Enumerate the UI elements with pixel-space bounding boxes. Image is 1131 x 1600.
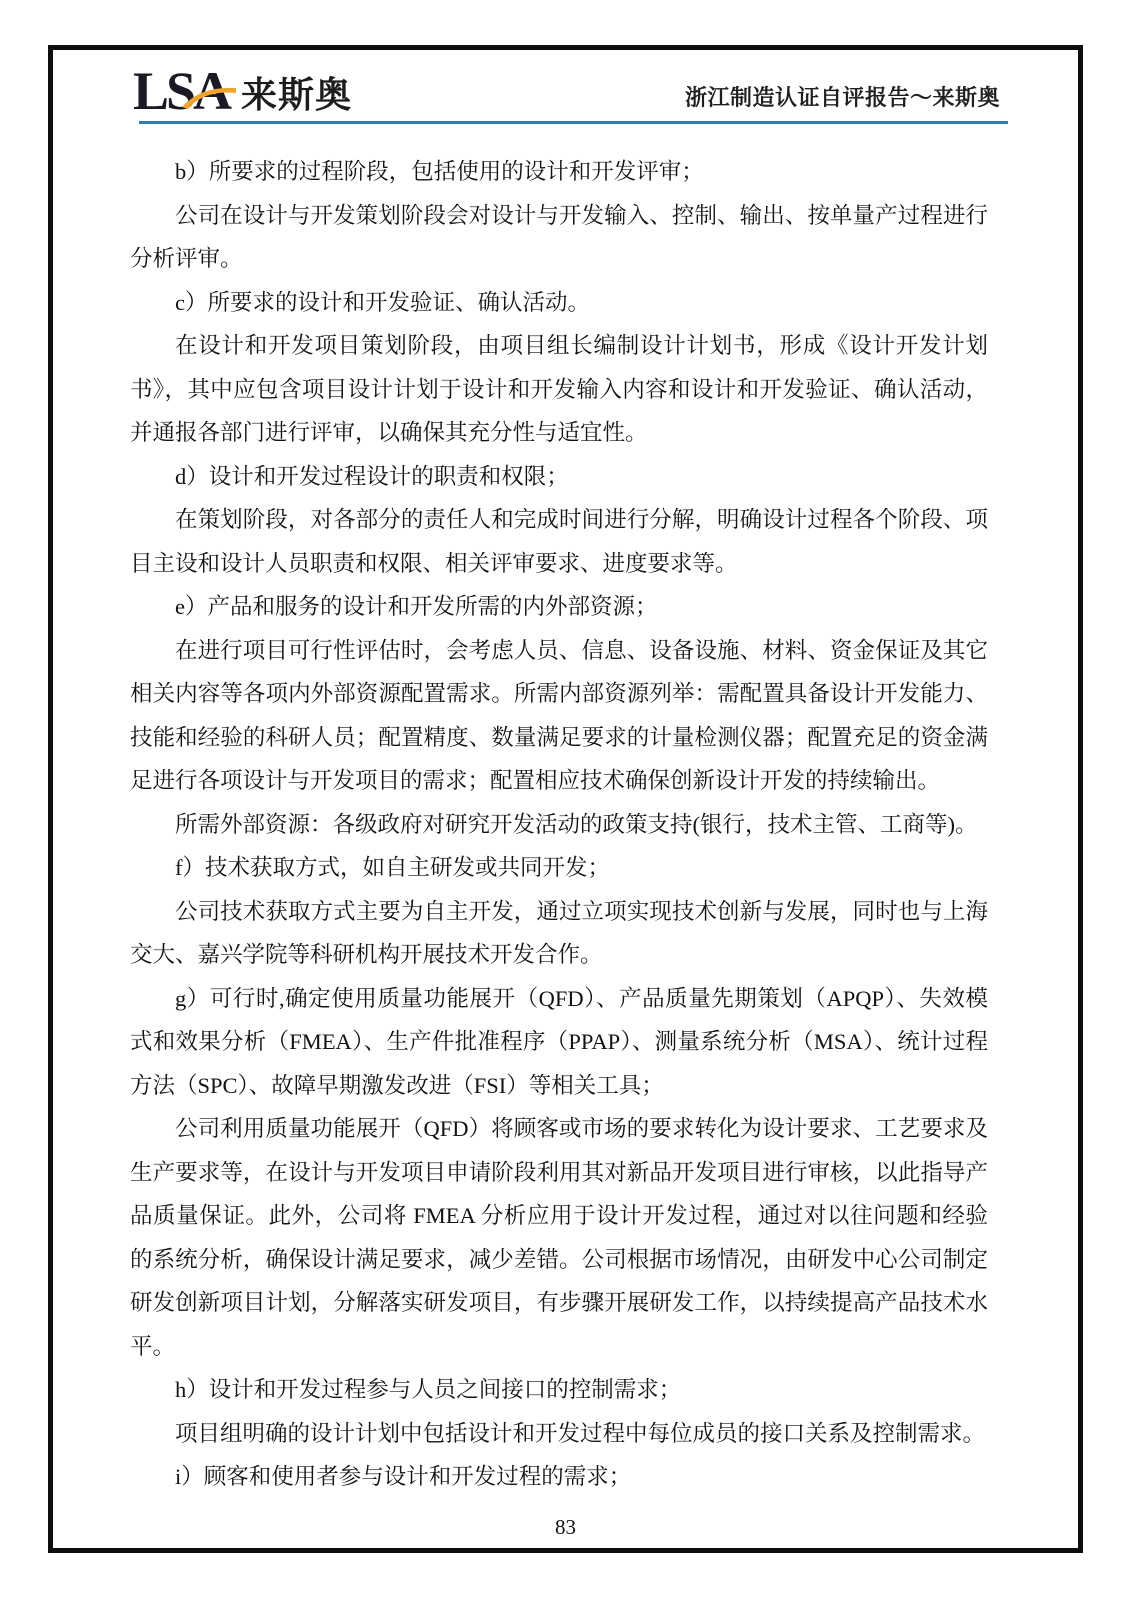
body-paragraph: i）顾客和使用者参与设计和开发过程的需求； [130,1455,988,1499]
logo-lsa-letters: LSA [133,61,229,121]
logo-lsa-text: LSA [133,67,229,116]
page-number: 83 [53,1515,1078,1540]
body-paragraph: 公司在设计与开发策划阶段会对设计与开发输入、控制、输出、按单量产过程进行分析评审… [130,194,988,281]
body-paragraph: 项目组明确的设计计划中包括设计和开发过程中每位成员的接口关系及控制需求。 [130,1412,988,1456]
report-title: 浙江制造认证自评报告～来斯奥 [685,81,1000,116]
body-paragraph: 所需外部资源：各级政府对研究开发活动的政策支持(银行，技术主管、工商等)。 [130,803,988,847]
body-paragraph: d）设计和开发过程设计的职责和权限； [130,455,988,499]
body-paragraph: 在进行项目可行性评估时，会考虑人员、信息、设备设施、材料、资金保证及其它相关内容… [130,629,988,803]
body-paragraph: 在设计和开发项目策划阶段，由项目组长编制设计计划书，形成《设计开发计划书》，其中… [130,324,988,455]
body-paragraph: e）产品和服务的设计和开发所需的内外部资源； [130,585,988,629]
body-paragraph: 公司技术获取方式主要为自主开发，通过立项实现技术创新与发展，同时也与上海交大、嘉… [130,890,988,977]
body-paragraph: g）可行时,确定使用质量功能展开（QFD）、产品质量先期策划（APQP）、失效模… [130,977,988,1108]
body-paragraph: 在策划阶段，对各部分的责任人和完成时间进行分解，明确设计过程各个阶段、项目主设和… [130,498,988,585]
body-paragraph: f）技术获取方式，如自主研发或共同开发； [130,846,988,890]
body-paragraph: 公司利用质量功能展开（QFD）将顾客或市场的要求转化为设计要求、工艺要求及生产要… [130,1107,988,1368]
document-body: b）所要求的过程阶段，包括使用的设计和开发评审；公司在设计与开发策划阶段会对设计… [130,150,988,1499]
page-frame: LSA 来斯奥 浙江制造认证自评报告～来斯奥 b）所要求的过程阶段，包括使用的设… [48,45,1083,1553]
body-paragraph: h）设计和开发过程参与人员之间接口的控制需求； [130,1368,988,1412]
body-paragraph: c）所要求的设计和开发验证、确认活动。 [130,281,988,325]
header-divider [139,121,1008,124]
company-logo: LSA 来斯奥 [133,67,352,116]
logo-cn-text: 来斯奥 [241,77,352,116]
body-paragraph: b）所要求的过程阶段，包括使用的设计和开发评审； [130,150,988,194]
page-header: LSA 来斯奥 浙江制造认证自评报告～来斯奥 [133,58,1000,116]
